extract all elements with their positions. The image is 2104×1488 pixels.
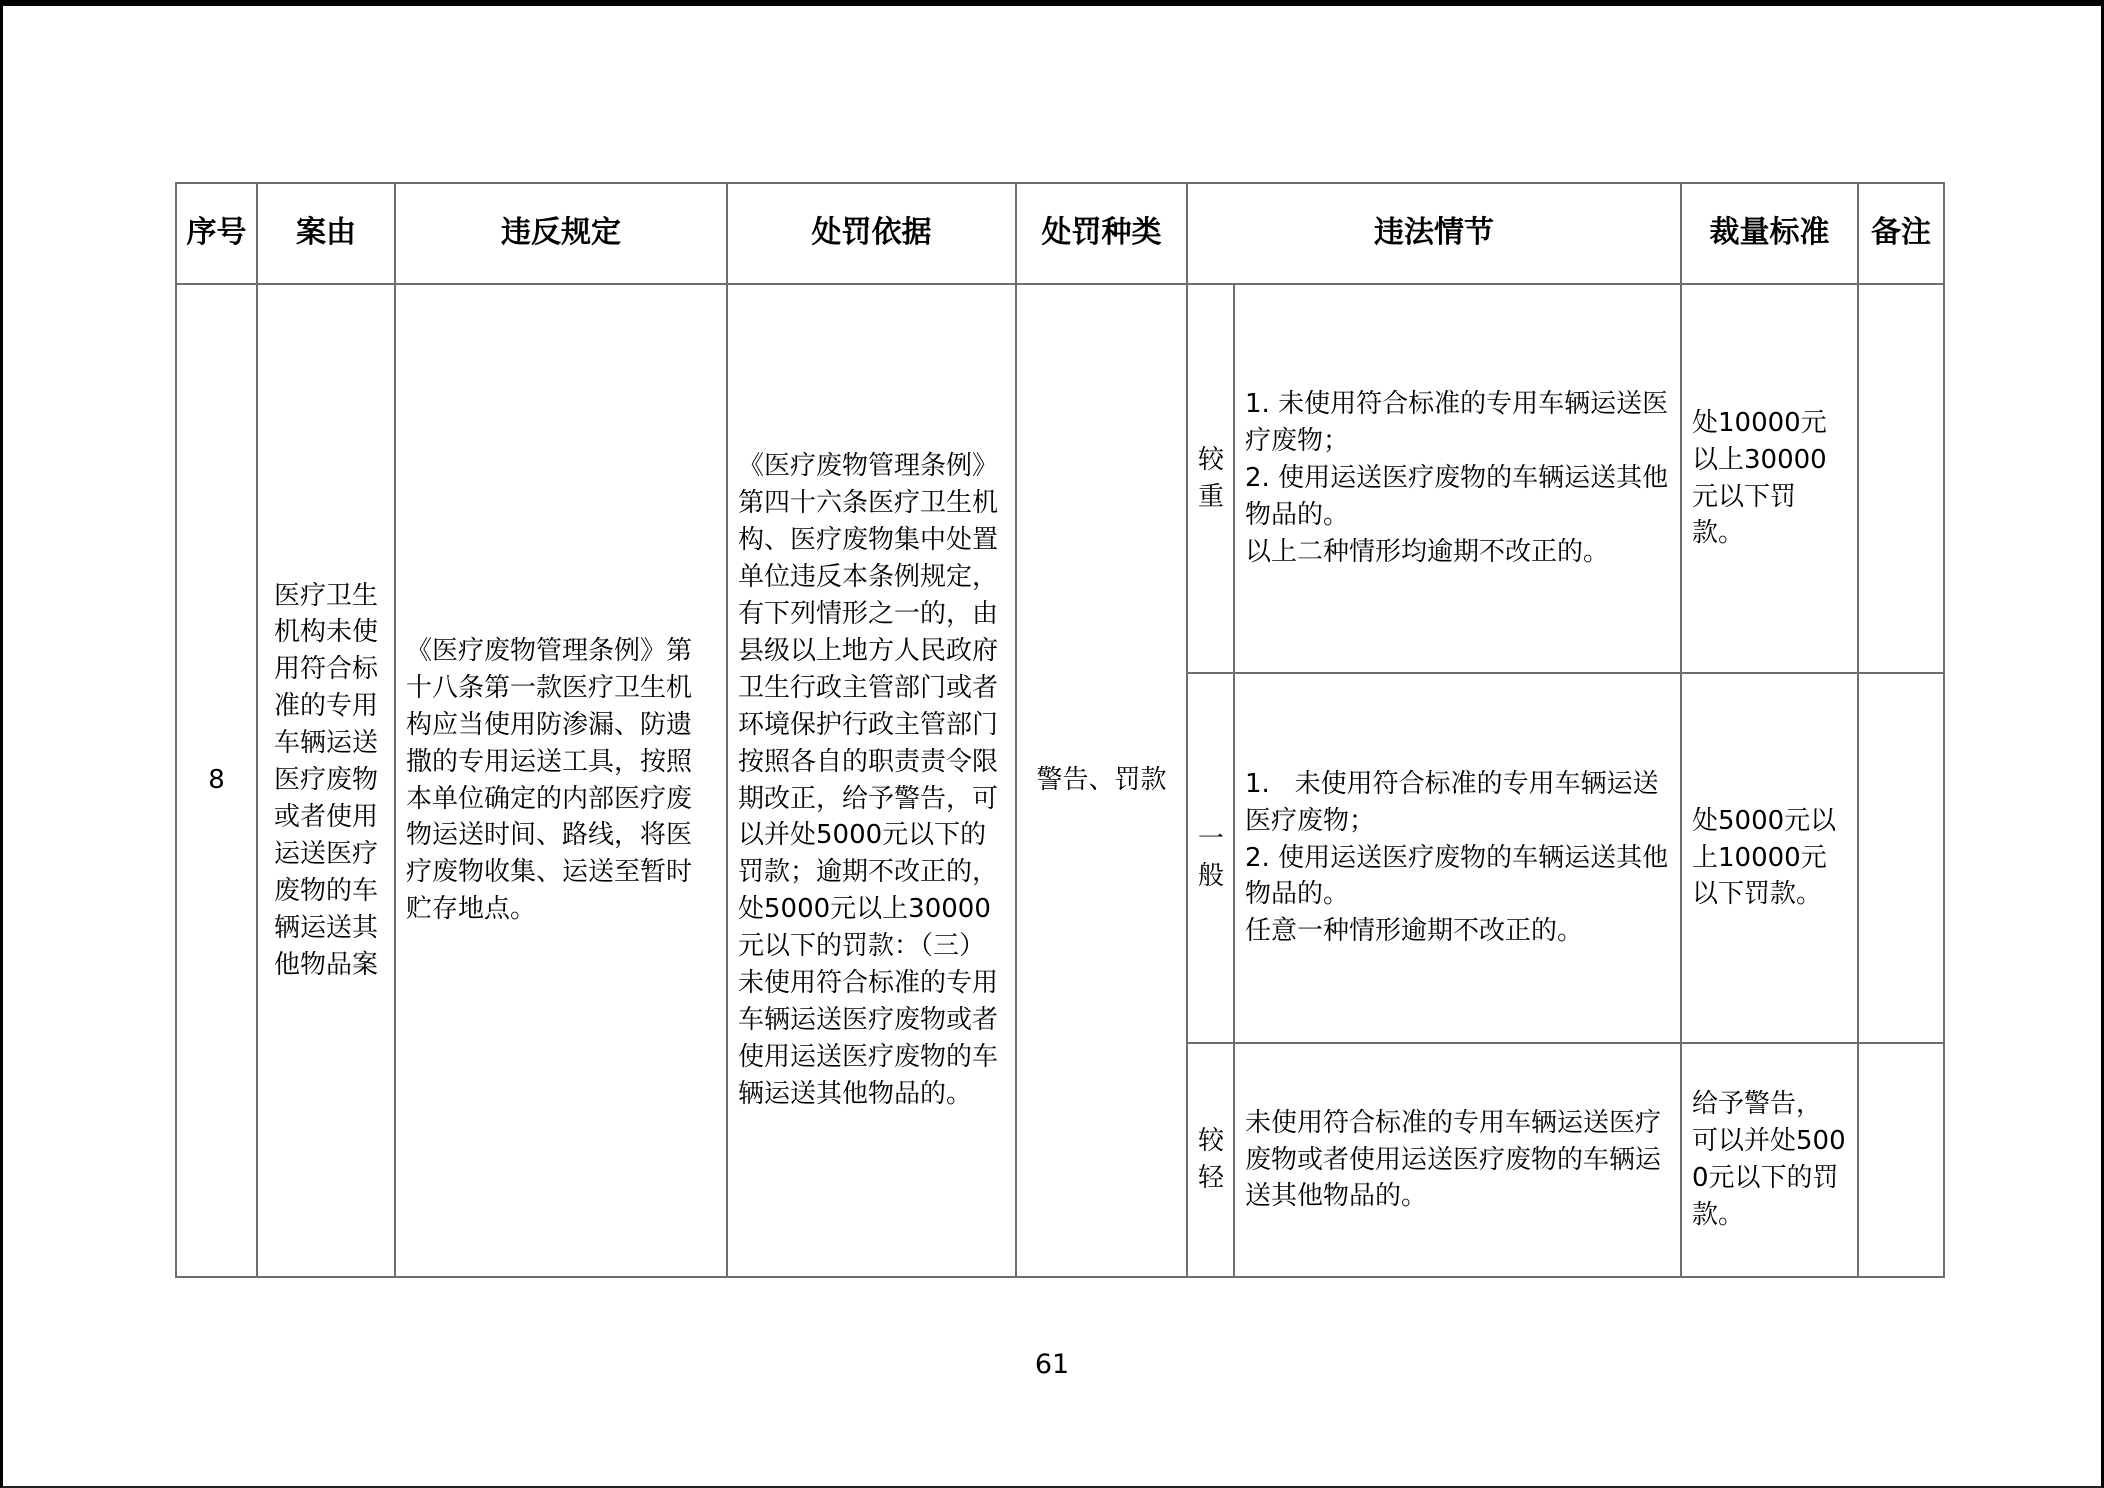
cell-basis: 《医疗废物管理条例》第四十六条医疗卫生机构、医疗废物集中处置单位违反本条例规定，… [727, 284, 1016, 1277]
cell-circumstance-severe: 1. 未使用符合标准的专用车辆运送医疗废物； 2. 使用运送医疗废物的车辆运送其… [1234, 284, 1681, 673]
tier-row-severe: 8 医疗卫生机构未使用符合标准的专用车辆运送医疗废物或者使用运送医疗废物的车辆运… [176, 284, 1944, 673]
col-header-seq: 序号 [176, 183, 257, 284]
document-page: 序号 案由 违反规定 处罚依据 处罚种类 违法情节 裁量标准 备注 8 医疗卫生… [0, 0, 2104, 1488]
cell-level-severe: 较重 [1187, 284, 1234, 673]
cell-remark-general [1858, 673, 1944, 1043]
cell-cause: 医疗卫生机构未使用符合标准的专用车辆运送医疗废物或者使用运送医疗废物的车辆运送其… [257, 284, 395, 1277]
cell-circumstance-minor: 未使用符合标准的专用车辆运送医疗废物或者使用运送医疗废物的车辆运送其他物品的。 [1234, 1043, 1681, 1277]
cell-standard-minor: 给予警告，可以并处5000元以下的罚款。 [1681, 1043, 1858, 1277]
header-row: 序号 案由 违反规定 处罚依据 处罚种类 违法情节 裁量标准 备注 [176, 183, 1944, 284]
cell-remark-severe [1858, 284, 1944, 673]
col-header-violation: 违反规定 [395, 183, 727, 284]
cell-violation: 《医疗废物管理条例》第十八条第一款医疗卫生机构应当使用防渗漏、防遗撒的专用运送工… [395, 284, 727, 1277]
penalty-discretion-table: 序号 案由 违反规定 处罚依据 处罚种类 违法情节 裁量标准 备注 8 医疗卫生… [175, 182, 1945, 1278]
cell-seq: 8 [176, 284, 257, 1277]
cell-standard-general: 处5000元以上10000元以下罚款。 [1681, 673, 1858, 1043]
cell-circumstance-general: 1. 未使用符合标准的专用车辆运送医疗废物； 2. 使用运送医疗废物的车辆运送其… [1234, 673, 1681, 1043]
col-header-basis: 处罚依据 [727, 183, 1016, 284]
col-header-circumstances: 违法情节 [1187, 183, 1681, 284]
col-header-remarks: 备注 [1858, 183, 1944, 284]
col-header-penalty-type: 处罚种类 [1016, 183, 1187, 284]
page-number: 61 [3, 1349, 2101, 1380]
col-header-cause: 案由 [257, 183, 395, 284]
cell-standard-severe: 处10000元以上30000元以下罚款。 [1681, 284, 1858, 673]
cell-level-minor: 较轻 [1187, 1043, 1234, 1277]
col-header-standard: 裁量标准 [1681, 183, 1858, 284]
cell-level-general: 一般 [1187, 673, 1234, 1043]
cell-remark-minor [1858, 1043, 1944, 1277]
cell-penalty-type: 警告、罚款 [1016, 284, 1187, 1277]
